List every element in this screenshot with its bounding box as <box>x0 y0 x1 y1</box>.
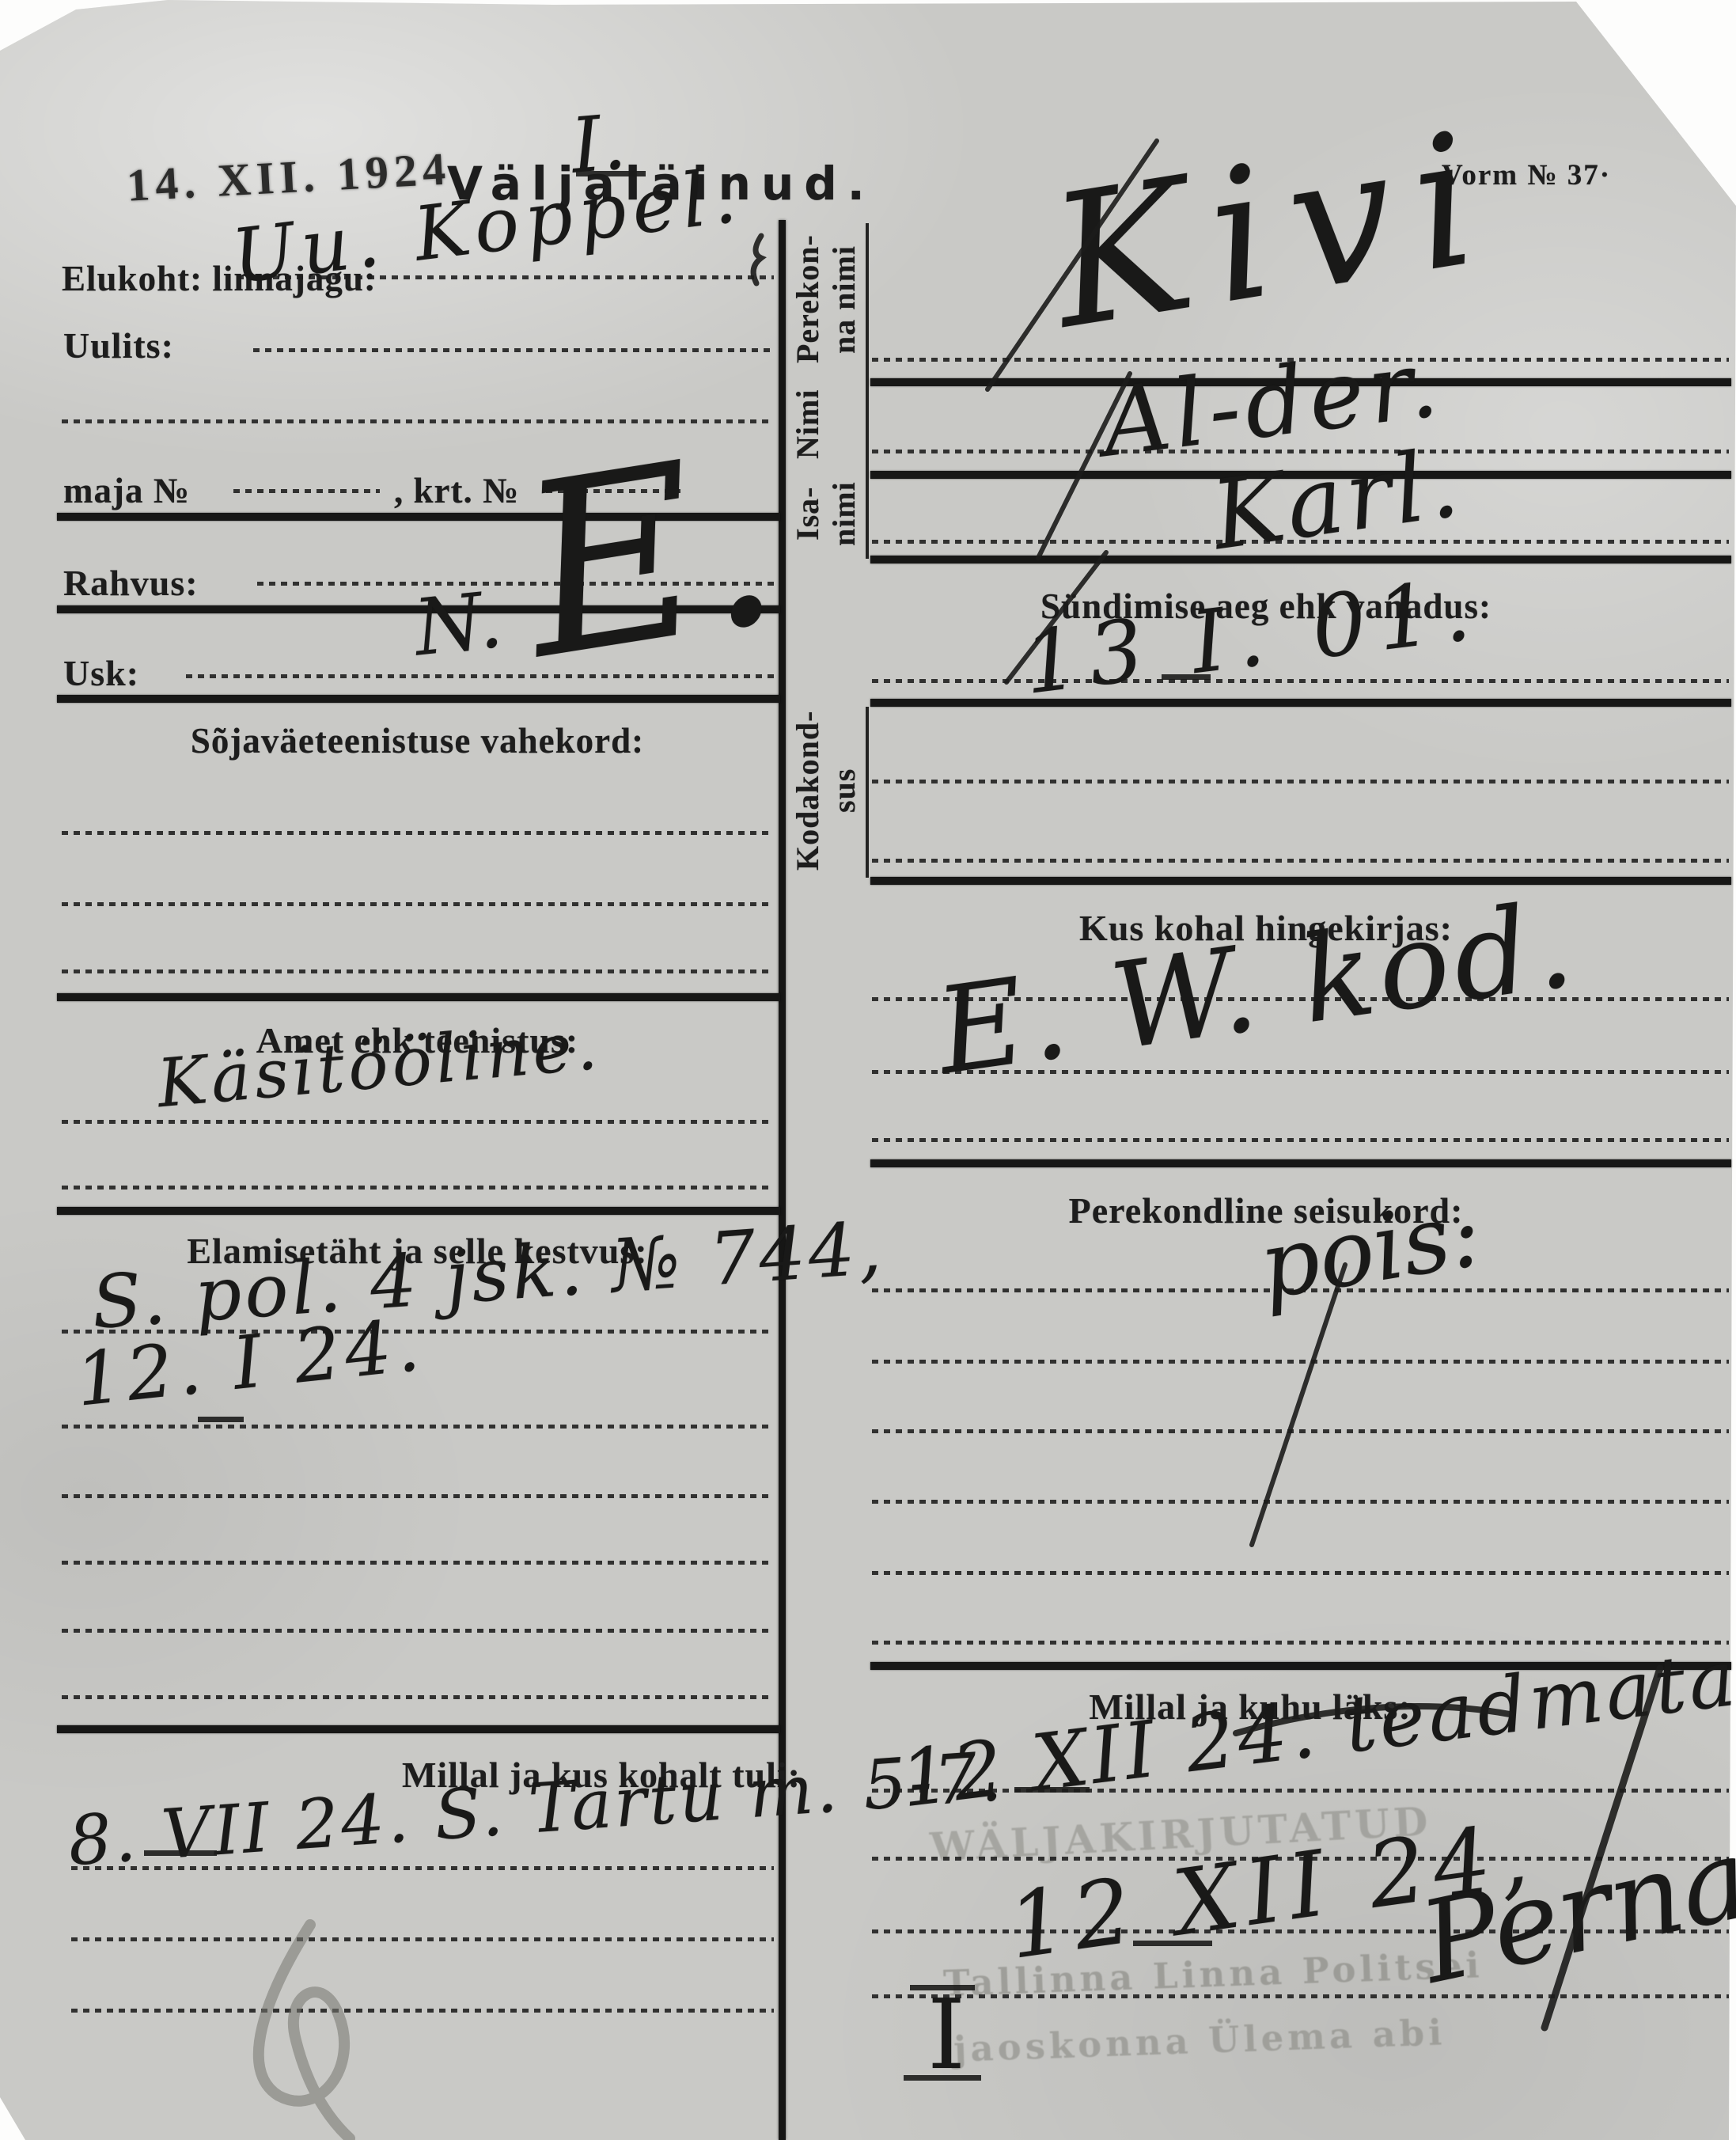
dotted-line <box>872 1641 1729 1645</box>
dotted-line <box>62 1561 774 1565</box>
dotted-line <box>872 859 1729 863</box>
field-label-perekonnanimi: Perekon- na nimi <box>790 225 866 374</box>
dotted-line <box>62 1425 774 1429</box>
dotted-line <box>872 1994 1729 1998</box>
field-value-rahvus: E. <box>506 400 794 712</box>
dotted-line <box>62 902 774 906</box>
dotted-line <box>71 2009 774 2013</box>
dotted-line <box>872 1571 1729 1575</box>
dotted-line <box>62 1695 774 1699</box>
section-rule <box>57 1725 780 1733</box>
field-label-usk: Usk: <box>63 652 139 694</box>
jaoskond-number: I <box>927 1979 965 2091</box>
dotted-line <box>253 348 774 352</box>
scanned-form-page: 14. XII. 1924 Väljaläinud. Vorm № 37· Pe… <box>0 0 1736 2140</box>
field-label-uulits: Uulits: <box>63 324 174 366</box>
field-label-maja: maja № <box>63 470 190 511</box>
section-rule <box>870 1159 1731 1167</box>
dotted-line <box>62 1629 774 1633</box>
dotted-line <box>233 489 380 493</box>
dotted-line <box>62 831 774 835</box>
dotted-line <box>872 1429 1729 1433</box>
section-label-sojavaeteenistus: Sõjaväeteenistuse vahekord: <box>59 720 775 761</box>
dotted-line <box>872 1360 1729 1364</box>
field-label-kodakondsus: Kodakond- sus <box>790 707 866 875</box>
dotted-line <box>62 1494 774 1498</box>
section-rule <box>57 695 780 703</box>
dotted-line <box>62 1186 774 1190</box>
field-label-isanimi: Isa- nimi <box>790 473 866 554</box>
dotted-line <box>872 1138 1729 1142</box>
dotted-line <box>872 780 1729 784</box>
label-separator-line <box>866 707 869 878</box>
label-separator-line <box>866 223 869 559</box>
field-label-nimi: Nimi <box>790 380 866 469</box>
column-divider <box>779 220 786 2140</box>
dotted-line <box>872 1500 1729 1504</box>
field-label-krt: , krt. № <box>394 470 519 511</box>
section-rule <box>57 993 780 1001</box>
dotted-line <box>62 969 774 973</box>
section-rule <box>870 699 1731 707</box>
section-rule <box>57 1207 780 1215</box>
field-value-usk: N. <box>410 575 506 674</box>
dotted-line <box>71 1937 774 1941</box>
field-label-rahvus: Rahvus: <box>63 562 199 604</box>
section-rule <box>870 877 1731 885</box>
